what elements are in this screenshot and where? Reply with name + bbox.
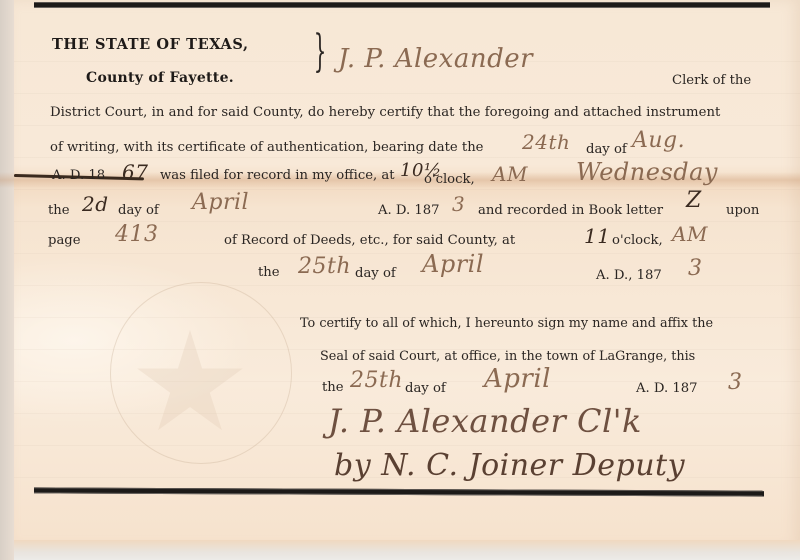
upon-label: upon — [726, 203, 759, 218]
filed-ampm-handwritten: AM — [492, 162, 528, 186]
certificate-line-6: of Record of Deeds, etc., for said Count… — [224, 233, 515, 248]
the-label: the — [48, 203, 70, 218]
certify-year-handwritten: 3 — [728, 370, 743, 395]
filed-month-handwritten: April — [192, 190, 249, 215]
state-heading: THE STATE OF TEXAS, — [52, 36, 249, 53]
clerk-name-handwritten: J. P. Alexander — [338, 44, 533, 74]
bearing-day-handwritten: 24th — [522, 130, 570, 154]
certificate-line-3: of writing, with its certificate of auth… — [50, 140, 484, 155]
certify-day-handwritten: 25th — [350, 368, 403, 393]
ad-label: A. D. 187 — [378, 203, 440, 218]
certify-month-handwritten: April — [484, 364, 551, 394]
county-heading: County of Fayette. — [86, 70, 234, 86]
background-scan-margin — [0, 0, 14, 560]
filed-year2-handwritten: 3 — [452, 192, 465, 216]
certify-line-2: Seal of said Court, at office, in the to… — [320, 349, 695, 364]
recorded-year-handwritten: 3 — [688, 256, 703, 281]
ad-label: A. D. 187 — [636, 381, 698, 396]
day-of-label: day of — [405, 381, 446, 396]
ad-label: A. D. 18 — [52, 168, 105, 183]
day-of-label: day of — [118, 203, 159, 218]
day-of-label: day of — [586, 142, 627, 157]
the-label: the — [258, 265, 280, 280]
oclock-label: o'clock, — [424, 172, 475, 187]
ad-label: A. D., 187 — [596, 268, 662, 283]
filed-year-handwritten: 67 — [122, 160, 148, 184]
clerk-of-the: Clerk of the — [672, 73, 751, 88]
recorded-day-handwritten: 25th — [298, 254, 351, 279]
book-letter-handwritten: Z — [686, 188, 702, 213]
filed-day-handwritten: 2d — [82, 192, 109, 216]
top-rule — [34, 2, 770, 8]
brace: } — [314, 30, 327, 74]
day-of-label: day of — [355, 266, 396, 281]
oclock-label: o'clock, — [612, 233, 663, 248]
deputy-signature: by N. C. Joiner Deputy — [334, 448, 685, 483]
recorded-month-handwritten: April — [422, 250, 484, 278]
page-number-handwritten: 413 — [115, 222, 159, 247]
page-label: page — [48, 233, 81, 248]
bearing-month-handwritten: Aug. — [632, 128, 685, 153]
certify-line-1: To certify to all of which, I hereunto s… — [300, 316, 713, 331]
torn-bottom-edge — [14, 540, 800, 560]
book-letter-label: and recorded in Book letter — [478, 203, 663, 218]
certificate-line-2: District Court, in and for said County, … — [50, 105, 720, 120]
certificate-line-4: was filed for record in my office, at — [160, 168, 395, 183]
recorded-ampm-handwritten: AM — [672, 222, 708, 246]
recorded-time-handwritten: 11 — [584, 224, 610, 248]
the-label: the — [322, 380, 344, 395]
clerk-signature: J. P. Alexander Cl'k — [328, 402, 642, 440]
filed-weekday-handwritten: Wednesday — [576, 158, 718, 186]
